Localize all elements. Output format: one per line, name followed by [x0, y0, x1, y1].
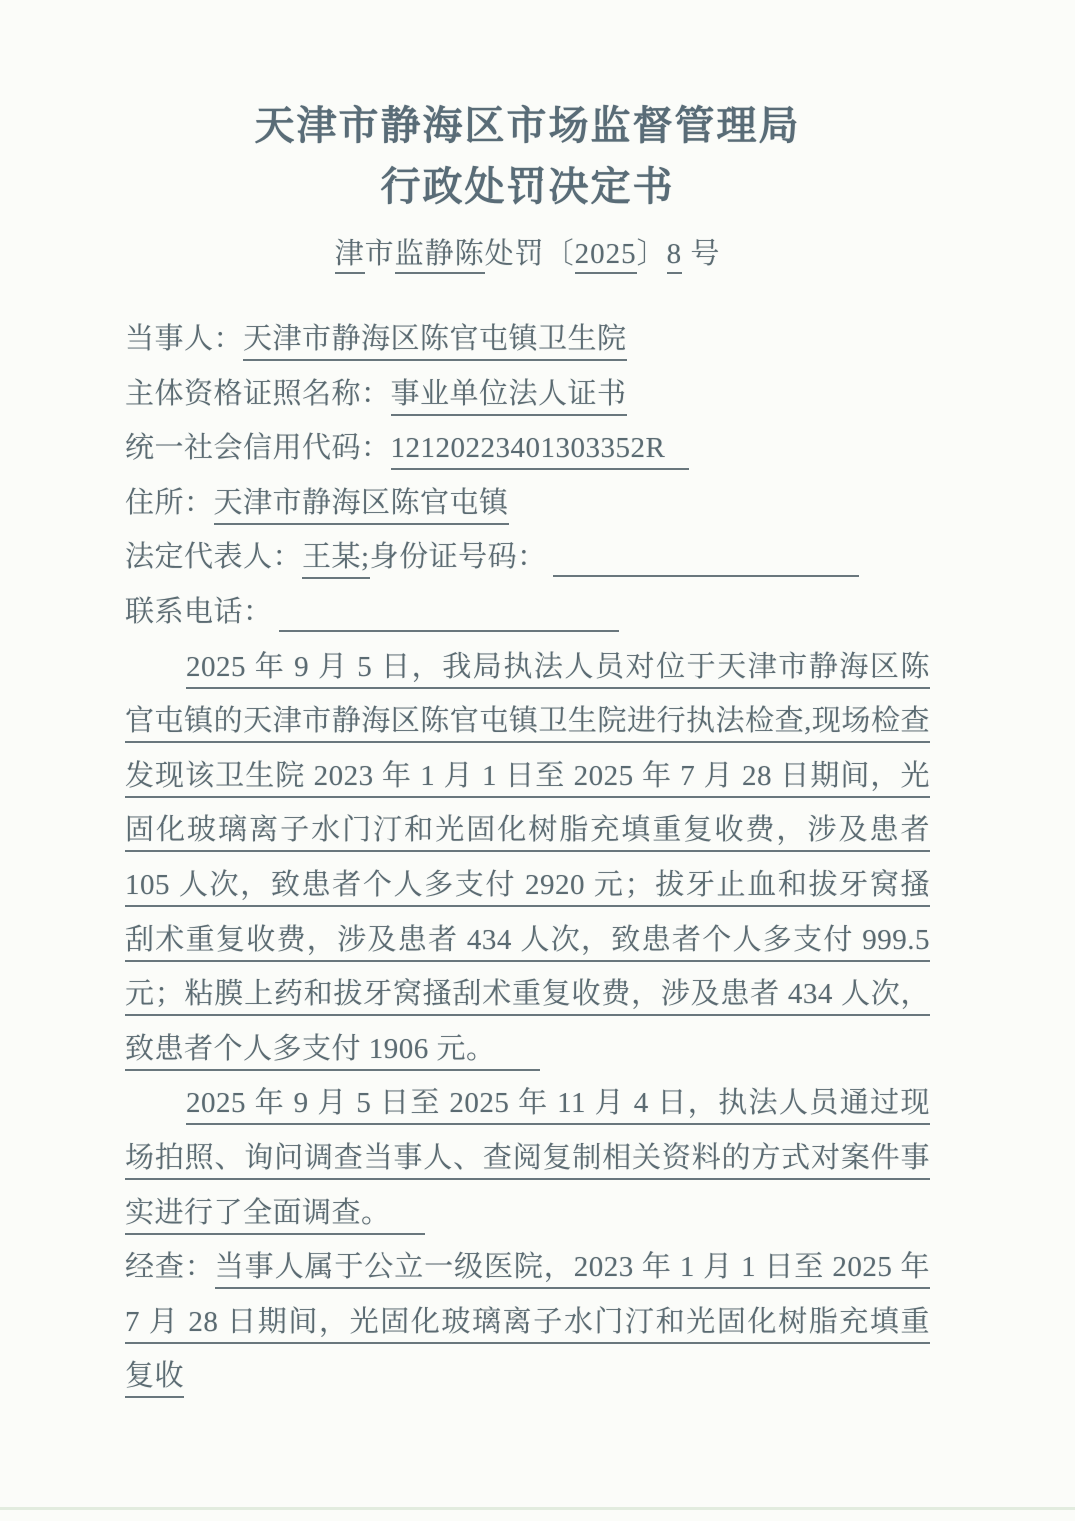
doc-number-segment: 〕	[637, 238, 667, 270]
penalty-decision-document: 天津市静海区市场监督管理局 行政处罚决定书 津市监静陈处罚〔2025〕8 号 当…	[0, 0, 1075, 1521]
paragraph-inspection: 2025 年 9 月 5 日，我局执法人员对位于天津市静海区陈官屯镇的天津市静海…	[125, 640, 930, 1077]
paragraph-investigation: 2025 年 9 月 5 日至 2025 年 11 月 4 日，执法人员通过现场…	[125, 1076, 930, 1240]
info-line-legal-rep: 法定代表人：王某;身份证号码：	[125, 530, 930, 585]
scan-edge-line	[0, 1507, 1075, 1510]
title-line-2: 行政处罚决定书	[125, 157, 930, 218]
info-value: 天津市静海区陈官屯镇卫生院	[243, 323, 627, 361]
paragraph-findings: 经查：当事人属于公立一级医院，2023 年 1 月 1 日至 2025 年 7 …	[125, 1240, 930, 1404]
document-body: 当事人：天津市静海区陈官屯镇卫生院 主体资格证照名称：事业单位法人证书 统一社会…	[125, 312, 930, 1404]
doc-number-segment: 2025	[575, 238, 637, 274]
doc-number-segment: 监静陈	[395, 238, 485, 274]
info-line-party: 当事人：天津市静海区陈官屯镇卫生院	[125, 312, 930, 367]
info-value: 事业单位法人证书	[391, 378, 627, 416]
doc-number-segment: 号	[682, 238, 720, 270]
info-label: 统一社会信用代码：	[125, 432, 391, 464]
info-label: 住所：	[125, 487, 214, 519]
info-label: 法定代表人：	[125, 541, 302, 573]
findings-prefix: 经查：	[125, 1251, 215, 1283]
doc-number: 津市监静陈处罚〔2025〕8 号	[125, 232, 930, 276]
info-line-license-name: 主体资格证照名称：事业单位法人证书	[125, 367, 930, 422]
paragraph-text: 2025 年 9 月 5 日至 2025 年 11 月 4 日，执法人员通过现场…	[125, 1087, 930, 1234]
info-label: 当事人：	[125, 323, 243, 355]
paragraph-text: 当事人属于公立一级医院，2023 年 1 月 1 日至 2025 年 7 月 2…	[125, 1251, 930, 1398]
info-label: 联系电话：	[125, 596, 273, 628]
paragraph-text: 2025 年 9 月 5 日，我局执法人员对位于天津市静海区陈官屯镇的天津市静海…	[125, 651, 930, 1071]
blank-underline	[279, 603, 619, 632]
doc-number-segment: 津	[335, 238, 365, 274]
doc-number-segment: 8	[667, 238, 683, 274]
document-title: 天津市静海区市场监督管理局 行政处罚决定书	[125, 96, 930, 218]
info-value: 天津市静海区陈官屯镇	[214, 487, 509, 525]
info-value: 12120223401303352R	[391, 432, 690, 470]
title-line-1: 天津市静海区市场监督管理局	[125, 96, 930, 157]
info-line-phone: 联系电话：	[125, 585, 930, 640]
info-label: 主体资格证照名称：	[125, 378, 391, 410]
doc-number-segment: 处罚〔	[485, 238, 575, 270]
info-label: 身份证号码：	[370, 541, 547, 573]
info-value: 王某;	[302, 541, 370, 579]
info-line-address: 住所：天津市静海区陈官屯镇	[125, 476, 930, 531]
blank-underline	[553, 548, 859, 577]
info-line-uscc: 统一社会信用代码：12120223401303352R	[125, 421, 930, 476]
doc-number-segment: 市	[365, 238, 395, 270]
